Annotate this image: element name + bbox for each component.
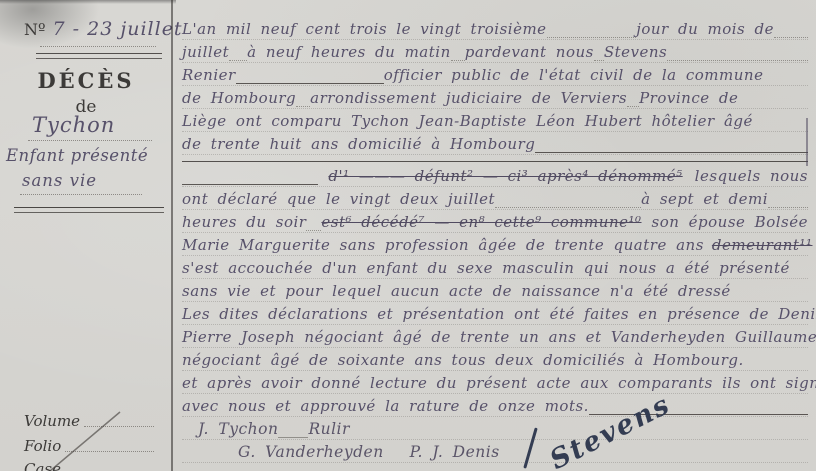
- act-text: négociant âgé de soixante ans tous deux …: [182, 351, 744, 369]
- declarant-identity: Liège ont comparu Tychon Jean-Baptiste L…: [182, 112, 753, 130]
- act-text: arrondissement judiciaire de Verviers: [310, 89, 627, 107]
- ruled-fill: [229, 60, 247, 61]
- ruled-fill: [547, 37, 637, 38]
- act-line-17: avec nous et approuvé la rature de onze …: [182, 397, 808, 420]
- act-line-3: Renier officier public de l'état civil d…: [182, 66, 808, 89]
- struck-text: d'¹ ——— défunt² — ci³ après⁴ dénommé⁵: [328, 167, 682, 185]
- signature-row-2: G. Vanderheyden P. J. Denis: [182, 443, 808, 466]
- ruled-fill: [451, 60, 465, 61]
- margin-note-line2: sans vie: [22, 171, 97, 190]
- act-body: L'an mil neuf cent trois le vingt troisi…: [182, 20, 808, 466]
- act-text: à sept et demi: [641, 190, 768, 208]
- act-line-7: d'¹ ——— défunt² — ci³ après⁴ dénommé⁵ le…: [182, 167, 808, 190]
- ruled-fill: [306, 230, 321, 231]
- act-line-4: de Hombourg arrondissement judiciaire de…: [182, 89, 808, 112]
- blank-fill-line: [535, 152, 808, 153]
- act-line-14: Pierre Joseph négociant âgé de trente un…: [182, 328, 808, 351]
- margin-note-line1: Enfant présenté: [6, 146, 148, 165]
- struck-text: demeurant¹¹: [712, 236, 813, 254]
- ruled-fill: [774, 37, 808, 38]
- officer-name: Stevens: [604, 43, 667, 61]
- separator-line: [182, 161, 808, 164]
- double-rule: [14, 207, 164, 213]
- act-text: lesquels nous: [695, 167, 808, 185]
- act-line-1: L'an mil neuf cent trois le vingt troisi…: [182, 20, 808, 43]
- struck-text: est⁶ décédé⁷ — en⁸ cette⁹ commune¹⁰: [321, 213, 641, 231]
- witness-identities: Pierre Joseph négociant âgé de trente un…: [182, 328, 816, 346]
- act-line-16: et après avoir donné lecture du présent …: [182, 374, 808, 397]
- ruled-fill: [667, 60, 808, 61]
- act-line-9: heures du soir est⁶ décédé⁷ — en⁸ cette⁹…: [182, 213, 808, 236]
- act-text: Marie Marguerite sans profession âgée de…: [182, 236, 704, 254]
- deceased-surname: Tychon: [32, 113, 115, 137]
- act-text: heures du soir: [182, 213, 306, 231]
- ruled-line: [20, 194, 142, 195]
- margin-separator-line: [171, 0, 173, 471]
- ruled-fill: [768, 207, 808, 208]
- act-line-8: ont déclaré que le vingt deux juillet à …: [182, 190, 808, 213]
- act-line-10: Marie Marguerite sans profession âgée de…: [182, 236, 808, 259]
- act-text: à neuf heures du matin: [247, 43, 451, 61]
- act-text: L'an mil neuf cent trois le vingt troisi…: [182, 20, 547, 38]
- blank-fill-line: [182, 184, 318, 185]
- act-number-value: 7 - 23 juillet: [53, 18, 183, 40]
- act-number-row: Nº 7 - 23 juillet: [24, 18, 183, 40]
- act-line-2: juillet à neuf heures du matin pardevant…: [182, 43, 808, 66]
- pen-stroke: [806, 118, 808, 166]
- death-register-page: Nº 7 - 23 juillet DÉCÈS de Tychon Enfant…: [0, 0, 816, 471]
- signature-row-1: J. Tychon Rulir: [182, 420, 808, 443]
- officer-firstname: Renier: [182, 66, 236, 84]
- act-text: de Hombourg: [182, 89, 296, 107]
- act-text: et après avoir donné lecture du présent …: [182, 374, 816, 392]
- act-text: jour du mois de: [636, 20, 774, 38]
- ruled-fill: [594, 60, 604, 61]
- signature-declarant: J. Tychon: [198, 420, 278, 438]
- spouse-name: son épouse Bolsée: [652, 213, 808, 231]
- act-line-12: sans vie et pour lequel aucun acte de na…: [182, 282, 808, 305]
- ruled-line: [40, 46, 156, 47]
- diagonal-stroke: [0, 380, 172, 471]
- signature-witness-denis: P. J. Denis: [410, 443, 500, 461]
- act-line-15: négociant âgé de soixante ans tous deux …: [182, 351, 808, 374]
- act-text: ont déclaré que le vingt deux juillet: [182, 190, 495, 208]
- act-line-5: Liège ont comparu Tychon Jean-Baptiste L…: [182, 112, 808, 135]
- act-text: officier public de l'état civil de la co…: [384, 66, 764, 84]
- deces-heading: DÉCÈS: [0, 68, 172, 93]
- signature-flourish: [278, 437, 308, 438]
- double-rule: [36, 53, 162, 59]
- act-line-13: Les dites déclarations et présentation o…: [182, 305, 808, 328]
- act-text: sans vie et pour lequel aucun acte de na…: [182, 282, 731, 300]
- margin-column: Nº 7 - 23 juillet DÉCÈS de Tychon Enfant…: [0, 0, 172, 471]
- act-line-11: s'est accouchée d'un enfant du sexe masc…: [182, 259, 808, 282]
- act-text: pardevant nous: [465, 43, 594, 61]
- act-text: Les dites déclarations et présentation o…: [182, 305, 816, 323]
- act-text: Province de: [639, 89, 738, 107]
- signature-second: Rulir: [308, 420, 349, 438]
- act-text: de trente huit ans domicilié à Hombourg: [182, 135, 535, 153]
- act-text: s'est accouchée d'un enfant du sexe masc…: [182, 259, 790, 277]
- closing-text: avec nous et approuvé la rature de onze …: [182, 397, 589, 415]
- act-line-6: de trente huit ans domicilié à Hombourg: [182, 135, 808, 158]
- scan-edge-shadow: [0, 0, 176, 4]
- ruled-fill: [495, 207, 641, 208]
- signature-witness-vanderheyden: G. Vanderheyden: [238, 443, 384, 461]
- act-text: juillet: [182, 43, 229, 61]
- ruled-line: [28, 140, 152, 141]
- blank-fill-line: [236, 83, 384, 84]
- act-number-label: Nº: [24, 20, 46, 39]
- ruled-fill: [296, 106, 310, 107]
- ruled-fill: [627, 106, 639, 107]
